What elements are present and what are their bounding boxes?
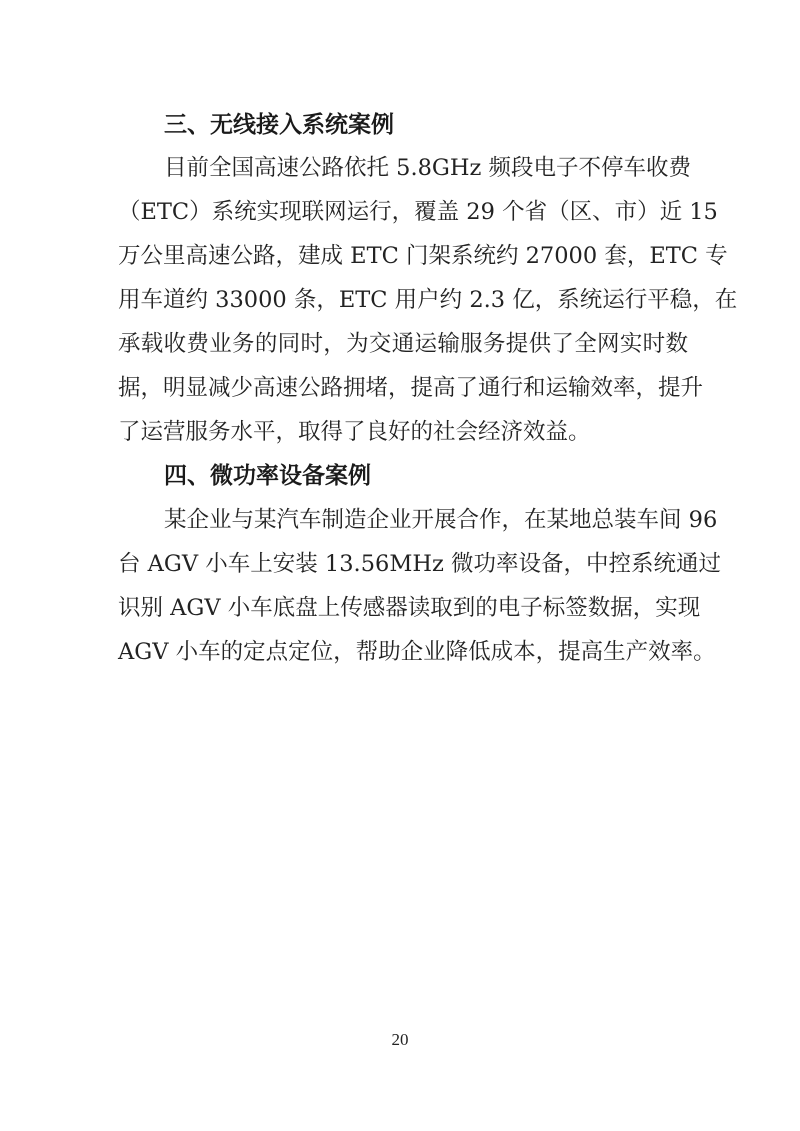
paragraph-line: 了运营服务水平，取得了良好的社会经济效益。 — [118, 417, 688, 447]
paragraph-line: 承载收费业务的同时，为交通运输服务提供了全网实时数 — [118, 329, 688, 359]
paragraph-line: 用车道约 33000 条，ETC 用户约 2.3 亿，系统运行平稳，在 — [118, 285, 688, 315]
section-heading-wireless-access: 三、无线接入系统案例 — [164, 110, 394, 140]
paragraph-line: 万公里高速公路，建成 ETC 门架系统约 27000 套，ETC 专 — [118, 241, 688, 271]
paragraph-line: AGV 小车的定点定位，帮助企业降低成本，提高生产效率。 — [118, 637, 688, 667]
section-heading-micro-power: 四、微功率设备案例 — [164, 461, 371, 491]
page-number: 20 — [0, 1030, 800, 1050]
paragraph-line: （ETC）系统实现联网运行，覆盖 29 个省（区、市）近 15 — [118, 197, 688, 227]
paragraph-line: 据，明显减少高速公路拥堵，提高了通行和运输效率，提升 — [118, 373, 688, 403]
paragraph-line: 识别 AGV 小车底盘上传感器读取到的电子标签数据，实现 — [118, 593, 688, 623]
paragraph-line: 台 AGV 小车上安装 13.56MHz 微功率设备，中控系统通过 — [118, 549, 688, 579]
paragraph-line: 某企业与某汽车制造企业开展合作，在某地总装车间 96 — [164, 505, 688, 535]
paragraph-line: 目前全国高速公路依托 5.8GHz 频段电子不停车收费 — [164, 153, 688, 183]
